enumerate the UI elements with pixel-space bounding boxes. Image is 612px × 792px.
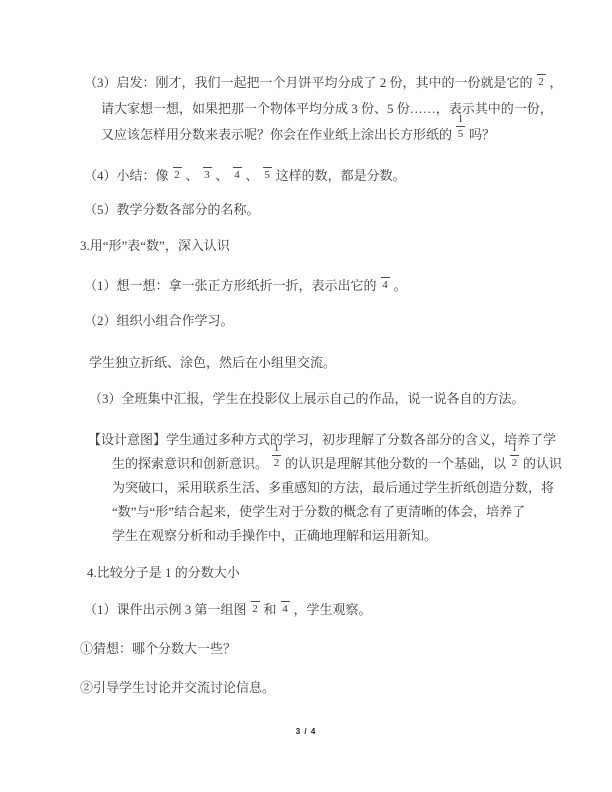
text-run: 吗？	[469, 127, 495, 142]
text-run: 为突破口，采用联系生活、多重感知的方法，最后通过学生折纸创造分数，将	[112, 480, 554, 495]
text-line: 3.用“形”表“数”，深入认识	[80, 233, 230, 259]
text-run: 3.用“形”表“数”，深入认识	[80, 238, 230, 253]
fraction-one-fifth: 5	[263, 169, 272, 182]
text-run: 的认识	[523, 456, 562, 471]
document-page: （3）启发：刚才，我们一起把一个月饼平均分成了 2 份，其中的一份就是它的2， …	[0, 0, 612, 792]
fraction-one-half: 2	[251, 603, 260, 616]
text-line: 学生独立折纸、涂色，然后在小组里交流。	[89, 350, 336, 376]
text-line: ①猜想：哪个分数大一些？	[80, 636, 236, 662]
fraction-denominator: 4	[233, 170, 242, 181]
text-run: 生的探索意识和创新意识。	[112, 456, 268, 471]
page-number: 3 / 4	[0, 727, 612, 736]
paragraph-duli: 学生独立折纸、涂色，然后在小组里交流。	[89, 350, 336, 376]
paragraph-mingcheng: （5）教学分数各部分的名称。	[84, 197, 260, 223]
text-line: 生的探索意识和创新意识。12的认识是理解其他分数的一个基础，以12的认识	[112, 452, 562, 476]
fraction-bar	[381, 277, 390, 278]
text-line: （2）组织小组合作学习。	[84, 308, 234, 334]
text-run: （1）想一想：拿一张正方形纸折一折，表示出它的	[84, 278, 377, 293]
fraction-denominator: 2	[251, 604, 260, 615]
text-run: （5）教学分数各部分的名称。	[84, 202, 260, 217]
fraction-denominator: 2	[173, 170, 182, 181]
fraction-bar	[537, 74, 546, 75]
fraction-numerator: 1	[510, 443, 519, 454]
text-run: 的认识是理解其他分数的一个基础，以	[285, 456, 506, 471]
paragraph-sheji-yitu: 【设计意图】学生通过多种方式的学习，初步理解了分数各部分的含义，培养了学 生的探…	[88, 428, 562, 548]
fraction-denominator: 5	[456, 129, 465, 140]
text-run: 学生在观察分析和动手操作中，正确地理解和运用新知。	[112, 528, 437, 543]
fraction-denominator: 4	[281, 604, 290, 615]
fraction-denominator: 4	[381, 280, 390, 291]
fraction-bar	[233, 167, 242, 168]
fraction-bar	[251, 601, 260, 602]
paragraph-yindao: ②引导学生讨论并交流讨论信息。	[80, 675, 275, 701]
paragraph-xiangyixiang: （1）想一想：拿一张正方形纸折一折，表示出它的4。	[84, 273, 407, 299]
text-run: （3）全班集中汇报，学生在投影仪上展示自己的作品，说一说各自的方法。	[89, 391, 525, 406]
paragraph-zuzhi: （2）组织小组合作学习。	[84, 308, 234, 334]
text-run: 、	[246, 168, 259, 183]
text-run: 和	[264, 602, 277, 617]
text-line: 请大家想一想，如果把那一个物体平均分成 3 份、5 份……，表示其中的一份，	[101, 96, 563, 122]
fraction-denominator: 2	[510, 458, 519, 469]
text-run: 4.比较分子是 1 的分数大小	[87, 565, 240, 580]
text-line: （1）想一想：拿一张正方形纸折一折，表示出它的4。	[84, 273, 407, 299]
text-line: “数”与“形”结合起来，使学生对于分数的概念有了更清晰的体会，培养了	[112, 500, 562, 524]
fraction-bar	[263, 167, 272, 168]
text-line: （3）全班集中汇报，学生在投影仪上展示自己的作品，说一说各自的方法。	[89, 386, 525, 412]
fraction-numerator: 1	[456, 114, 465, 125]
paragraph-huibao: （3）全班集中汇报，学生在投影仪上展示自己的作品，说一说各自的方法。	[89, 386, 525, 412]
fraction-bar	[173, 167, 182, 168]
fraction-one-quarter: 4	[381, 279, 390, 292]
text-run: 这样的数，都是分数。	[276, 168, 406, 183]
fraction-one-half: 2	[173, 169, 182, 182]
text-line: （4）小结：像2、3、4、5这样的数，都是分数。	[84, 163, 406, 189]
paragraph-xiaojie: （4）小结：像2、3、4、5这样的数，都是分数。	[84, 163, 406, 189]
fraction-one-half: 12	[272, 457, 281, 470]
paragraph-kejian: （1）课件出示例 3 第一组图2和4，学生观察。	[84, 597, 372, 623]
text-line: 又应该怎样用分数来表示呢？你会在作业纸上涂出长方形纸的15吗？	[101, 122, 563, 148]
fraction-one-half: 2	[537, 76, 546, 89]
fraction-denominator: 3	[203, 170, 212, 181]
text-run: 、	[186, 168, 199, 183]
fraction-bar	[281, 601, 290, 602]
paragraph-caixiang: ①猜想：哪个分数大一些？	[80, 636, 236, 662]
section-heading-4: 4.比较分子是 1 的分数大小	[87, 560, 240, 586]
text-run: “数”与“形”结合起来，使学生对于分数的概念有了更清晰的体会，培养了	[112, 504, 525, 519]
section-heading-3: 3.用“形”表“数”，深入认识	[80, 233, 230, 259]
fraction-one-quarter: 4	[281, 603, 290, 616]
text-run: （3）启发：刚才，我们一起把一个月饼平均分成了 2 份，其中的一份就是它的	[84, 75, 533, 90]
fraction-one-half: 12	[510, 457, 519, 470]
paragraph-qifa: （3）启发：刚才，我们一起把一个月饼平均分成了 2 份，其中的一份就是它的2， …	[84, 70, 563, 148]
fraction-one-fifth: 15	[456, 128, 465, 141]
text-line: ②引导学生讨论并交流讨论信息。	[80, 675, 275, 701]
text-line: （5）教学分数各部分的名称。	[84, 197, 260, 223]
text-line: 为突破口，采用联系生活、多重感知的方法，最后通过学生折纸创造分数，将	[112, 476, 562, 500]
fraction-denominator: 2	[537, 77, 546, 88]
fraction-denominator: 5	[263, 170, 272, 181]
text-run: ①猜想：哪个分数大一些？	[80, 641, 236, 656]
text-line: 【设计意图】学生通过多种方式的学习，初步理解了分数各部分的含义，培养了学	[88, 428, 562, 452]
text-run: （4）小结：像	[84, 168, 169, 183]
fraction-bar	[203, 167, 212, 168]
fraction-bar	[456, 126, 465, 127]
text-run: 。	[394, 278, 407, 293]
text-line: 4.比较分子是 1 的分数大小	[87, 560, 240, 586]
fraction-numerator: 1	[272, 443, 281, 454]
text-line: （1）课件出示例 3 第一组图2和4，学生观察。	[84, 597, 372, 623]
fraction-bar	[510, 455, 519, 456]
text-line: （3）启发：刚才，我们一起把一个月饼平均分成了 2 份，其中的一份就是它的2，	[84, 70, 563, 96]
fraction-one-quarter: 4	[233, 169, 242, 182]
text-run: 请大家想一想，如果把那一个物体平均分成 3 份、5 份……，表示其中的一份，	[101, 101, 553, 116]
text-run: （1）课件出示例 3 第一组图	[84, 602, 247, 617]
fraction-one-third: 3	[203, 169, 212, 182]
text-run: 又应该怎样用分数来表示呢？你会在作业纸上涂出长方形纸的	[101, 127, 452, 142]
text-run: 、	[216, 168, 229, 183]
fraction-bar	[272, 455, 281, 456]
text-run: 【设计意图】学生通过多种方式的学习，初步理解了分数各部分的含义，培养了学	[88, 432, 556, 447]
text-run: ，学生观察。	[294, 602, 372, 617]
text-line: 学生在观察分析和动手操作中，正确地理解和运用新知。	[112, 524, 562, 548]
text-run: （2）组织小组合作学习。	[84, 313, 234, 328]
fraction-denominator: 2	[272, 458, 281, 469]
text-run: 学生独立折纸、涂色，然后在小组里交流。	[89, 355, 336, 370]
text-run: ，	[550, 75, 563, 90]
text-run: ②引导学生讨论并交流讨论信息。	[80, 680, 275, 695]
